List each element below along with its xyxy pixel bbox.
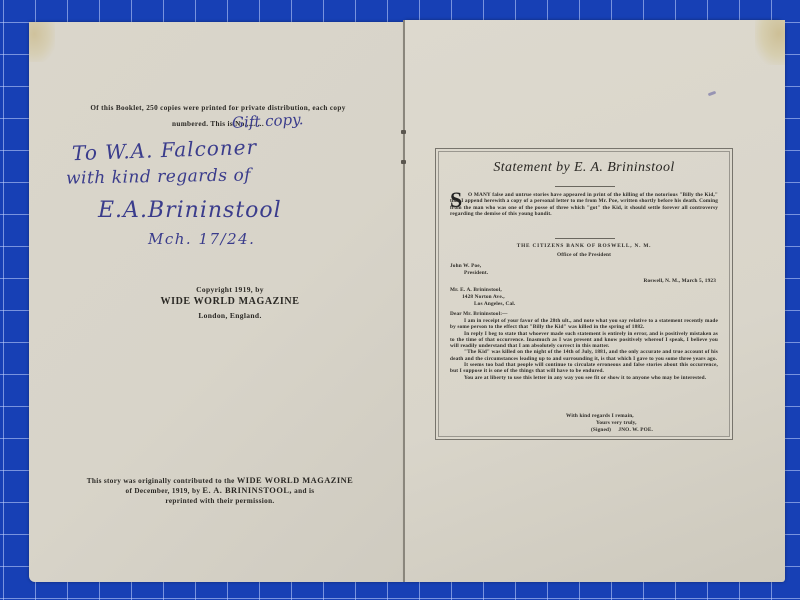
letter-body: I am in receipt of your favor of the 28t… <box>450 318 718 381</box>
letter-paragraph: It seems too bad that people will contin… <box>450 362 718 375</box>
inscription-regards: with kind regards of <box>66 165 251 188</box>
publisher-city: London, England. <box>130 311 330 320</box>
inscription-signature: E.A.Brininstool <box>98 198 282 223</box>
bank-name: THE CITIZENS BANK OF ROSWELL, N. M. <box>436 243 732 249</box>
copyright-line: Copyright 1919, by <box>130 285 330 294</box>
recipient-address-line: Mr. E. A. Brininstool, <box>450 287 502 293</box>
recipient-address-line: Los Angeles, Cal. <box>474 301 515 307</box>
letter-paragraph: You are at liberty to use this letter in… <box>450 375 718 381</box>
bank-office: Office of the President <box>436 252 732 258</box>
closing-line: With kind regards I remain, <box>566 413 634 419</box>
inscription-date: Mch. 17/24. <box>148 230 255 248</box>
letter-paragraph: I am in receipt of your favor of the 28t… <box>450 318 718 331</box>
salutation: Dear Mr. Brininstool:— <box>450 311 508 317</box>
letter-paragraph: "The Kid" was killed on the night of the… <box>450 349 718 362</box>
origin-text: reprinted with their permission. <box>165 497 274 505</box>
sender-title: President. <box>464 270 488 276</box>
origin-text: This story was originally contributed to… <box>87 477 237 485</box>
water-stain <box>29 22 55 62</box>
staple <box>401 160 406 164</box>
origin-author: E. A. BRININSTOOL, <box>202 486 292 495</box>
booklet-spine <box>403 20 405 582</box>
statement-intro: O MANY false and untrue stories have app… <box>450 192 718 217</box>
divider <box>555 238 615 239</box>
staple <box>401 130 406 134</box>
letter-date: Roswell, N. M., March 5, 1923 <box>643 278 716 284</box>
magazine-name: WIDE WORLD MAGAZINE <box>130 296 330 307</box>
statement-box: Statement by E. A. Brininstool S O MANY … <box>435 148 733 440</box>
origin-magazine: WIDE WORLD MAGAZINE <box>237 476 353 485</box>
handwritten-gift-copy: Gift copy. <box>232 110 304 132</box>
origin-text: of December, 1919, by <box>126 487 203 495</box>
intro-text: O MANY false and untrue stories have app… <box>450 192 718 217</box>
letter-paragraph: In reply I beg to state that whoever mad… <box>450 331 718 350</box>
booklet-notice-line2: numbered. This is No......... <box>40 120 396 128</box>
recipient-address-line: 1428 Norton Ave., <box>462 294 505 300</box>
closing-line: Yours very truly, <box>596 420 637 426</box>
water-stain <box>755 20 785 65</box>
booklet-notice-line1: Of this Booklet, 250 copies were printed… <box>40 104 396 112</box>
divider <box>555 186 615 187</box>
origin-note: This story was originally contributed to… <box>54 476 386 506</box>
sender-name: John W. Poe, <box>450 263 481 269</box>
signed-line: (Signed) JNO. W. POE. <box>591 427 653 433</box>
origin-text: and is <box>292 487 314 495</box>
statement-title: Statement by E. A. Brininstool <box>436 160 732 176</box>
